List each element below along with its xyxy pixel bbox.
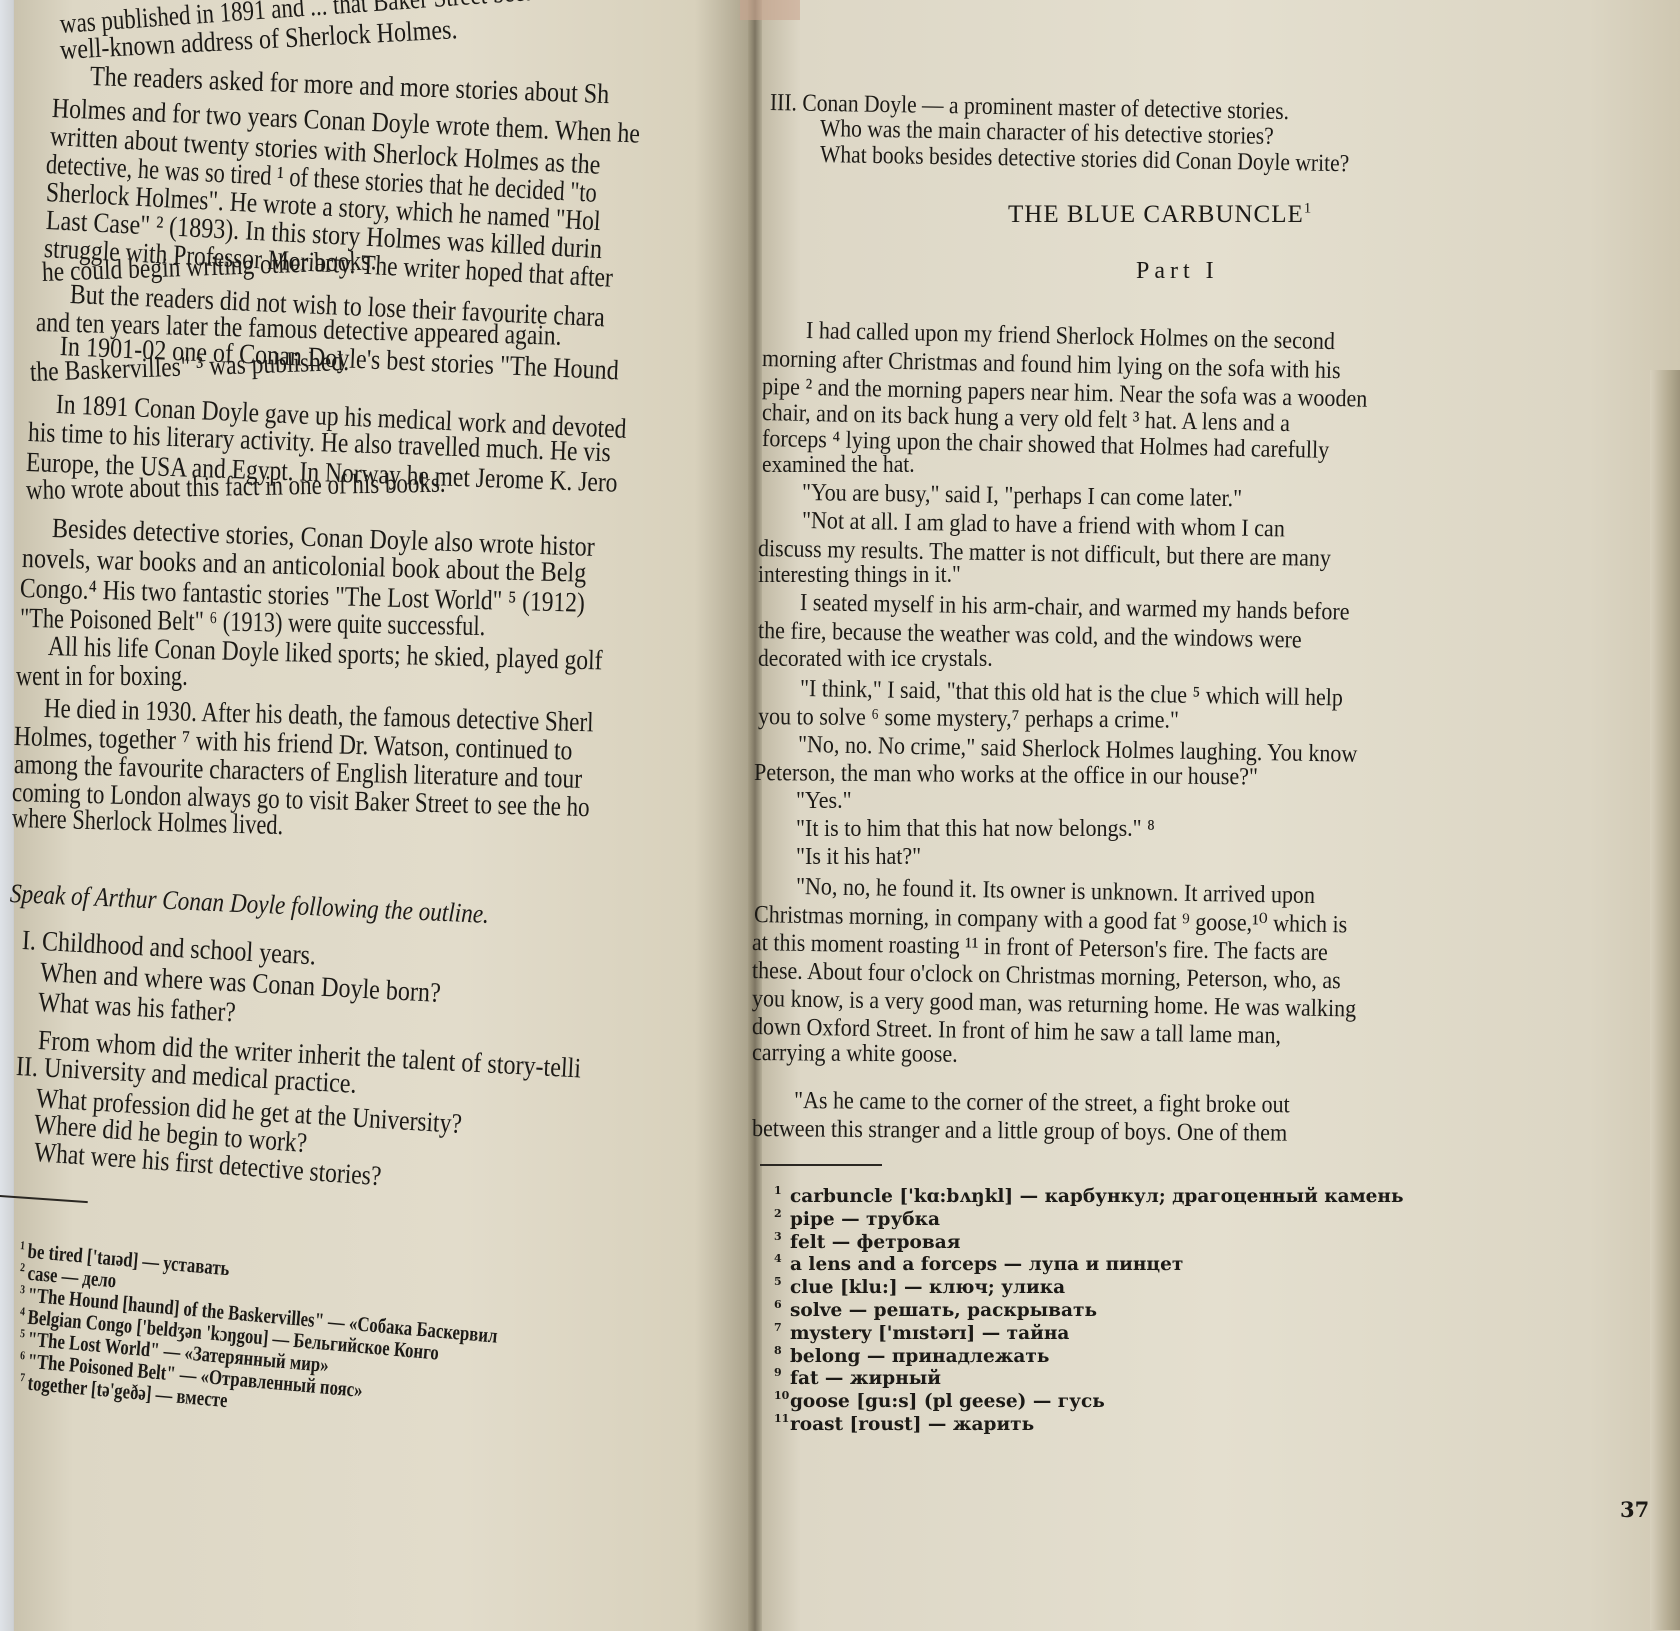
footnote: 8belong — принадлежать: [790, 1346, 1049, 1369]
footnote: 7mystery ['mɪstərɪ] — тайна: [790, 1323, 1069, 1346]
page-edge-right: [1650, 370, 1680, 1630]
text-line: "It is to him that this hat now belongs.…: [796, 816, 1155, 843]
text-line: carrying a white goose.: [752, 1040, 958, 1068]
text-line: "As he came to the corner of the street,…: [794, 1088, 1290, 1119]
footnote: 11roast [roust] — жарить: [790, 1414, 1034, 1437]
footnote: 9fat — жирный: [790, 1368, 941, 1391]
text-line: you to solve ⁶ some mystery,⁷ perhaps a …: [758, 704, 1179, 734]
text-line: who wrote about this fact in one of his …: [26, 471, 446, 505]
footnote: 10goose [gu:s] (pl geese) — гусь: [790, 1391, 1105, 1414]
text-line: decorated with ice crystals.: [758, 646, 993, 673]
text-line: where Sherlock Holmes lived.: [12, 806, 284, 840]
footnote: 5clue [klu:] — ключ; улика: [790, 1277, 1065, 1300]
book-gutter: [748, 0, 762, 1631]
page-number: 37: [1620, 1497, 1649, 1522]
footnote: 1carbuncle ['kɑ:bʌŋkl] — карбункул; драг…: [790, 1186, 1404, 1209]
text-line: went in for boxing.: [16, 664, 188, 691]
text-line: "Yes.": [796, 788, 852, 815]
text-line: "Is it his hat?": [796, 844, 921, 871]
footnote: 4a lens and a forceps — лупа и пинцет: [790, 1254, 1183, 1277]
footnote: 3felt — фетровая: [790, 1232, 960, 1255]
footnote-divider: [760, 1164, 882, 1166]
text-line: interesting things in it.": [758, 562, 961, 589]
text-line: examined the hat.: [762, 452, 915, 479]
background-tint: [740, 0, 800, 20]
story-title: THE BLUE CARBUNCLE1: [1008, 202, 1312, 229]
text-line: between this stranger and a little group…: [752, 1116, 1287, 1147]
footnote: 2pipe — трубка: [790, 1209, 940, 1232]
footnote: 6solve — решать, раскрывать: [790, 1300, 1097, 1323]
part-heading: Part I: [1136, 258, 1219, 285]
